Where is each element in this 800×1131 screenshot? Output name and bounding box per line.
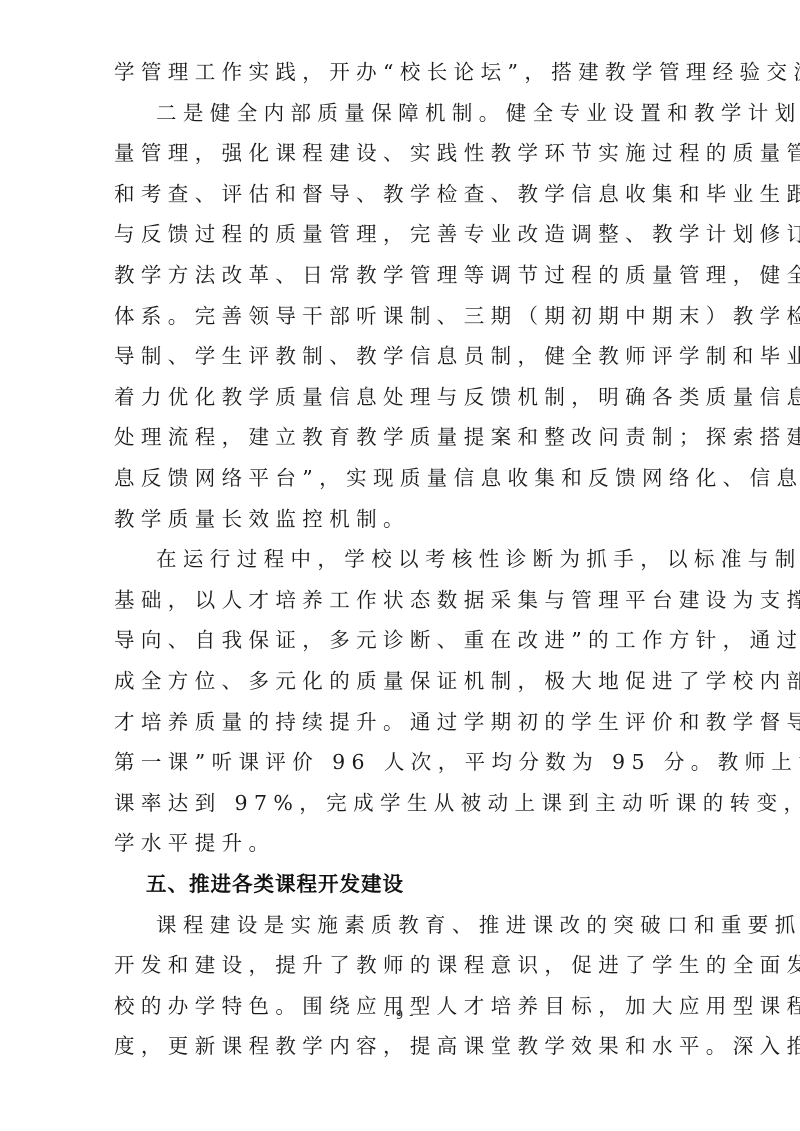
body-line-15: 导向、自我保证，多元诊断、重在改进”的工作方针，通过自我诊改，形 (114, 620, 726, 660)
page-number: - 9 - (0, 1008, 800, 1022)
body-line-16: 成全方位、多元化的质量保证机制，极大地促进了学校内部管理水平和人 (114, 661, 726, 701)
body-line-17: 才培养质量的持续提升。通过学期初的学生评价和教学督导，教师“开学 (114, 702, 726, 742)
document-page: 学管理工作实践，开办“校长论坛”，搭建教学管理经验交流平台。 二是健全内部质量保… (0, 0, 800, 1131)
body-line-2: 二是健全内部质量保障机制。健全专业设置和教学计划制定过程的质 (156, 93, 726, 133)
body-line-11: 息反馈网络平台”，实现质量信息收集和反馈网络化、信息化，健全内部 (114, 458, 726, 498)
body-line-5: 与反馈过程的质量管理，完善专业改造调整、教学计划修订、教学内容与 (114, 214, 726, 254)
body-line-20: 学水平提升。 (114, 823, 726, 863)
section-heading: 五、推进各类课程开发建设 (146, 864, 404, 904)
section-line-1: 课程建设是实施素质教育、推进课改的突破口和重要抓手。通过课程 (156, 905, 726, 945)
body-line-19: 课率达到 97%，完成学生从被动上课到主动听课的转变，教学质量提高，教 (114, 783, 726, 823)
body-line-10: 处理流程，建立教育教学质量提案和整改问责制；探索搭建“教学质量信 (114, 417, 726, 457)
body-line-4: 和考查、评估和督导、教学检查、教学信息收集和毕业生跟踪调查等检测 (114, 174, 726, 214)
section-line-4: 度，更新课程教学内容，提高课堂教学效果和水平。深入推进公共基础课、 (114, 1026, 726, 1066)
body-line-12: 教学质量长效监控机制。 (114, 499, 726, 539)
body-line-8: 导制、学生评教制、教学信息员制，健全教师评学制和毕业生质量追踪制， (114, 336, 726, 376)
body-line-9: 着力优化教学质量信息处理与反馈机制，明确各类质量信息的责任主体和 (114, 377, 726, 417)
body-line-14: 基础，以人才培养工作状态数据采集与管理平台建设为支撑，落实“需求 (114, 580, 726, 620)
body-line-6: 教学方法改革、日常教学管理等调节过程的质量管理，健全校内质量保障 (114, 255, 726, 295)
body-line-13: 在运行过程中，学校以考核性诊断为抓手，以标准与制度体系建设为 (156, 539, 726, 579)
body-line-1: 学管理工作实践，开办“校长论坛”，搭建教学管理经验交流平台。 (114, 52, 726, 92)
section-line-2: 开发和建设，提升了教师的课程意识，促进了学生的全面发展，形成了学 (114, 945, 726, 985)
body-line-18: 第一课”听课评价 96 人次，平均分数为 95 分。教师上课率 100%，学生到 (114, 742, 726, 782)
body-line-3: 量管理，强化课程建设、实践性教学环节实施过程的质量管理，完善考试 (114, 133, 726, 173)
body-line-7: 体系。完善领导干部听课制、三期（期初期中期末）教学检查制、教学督 (114, 296, 726, 336)
